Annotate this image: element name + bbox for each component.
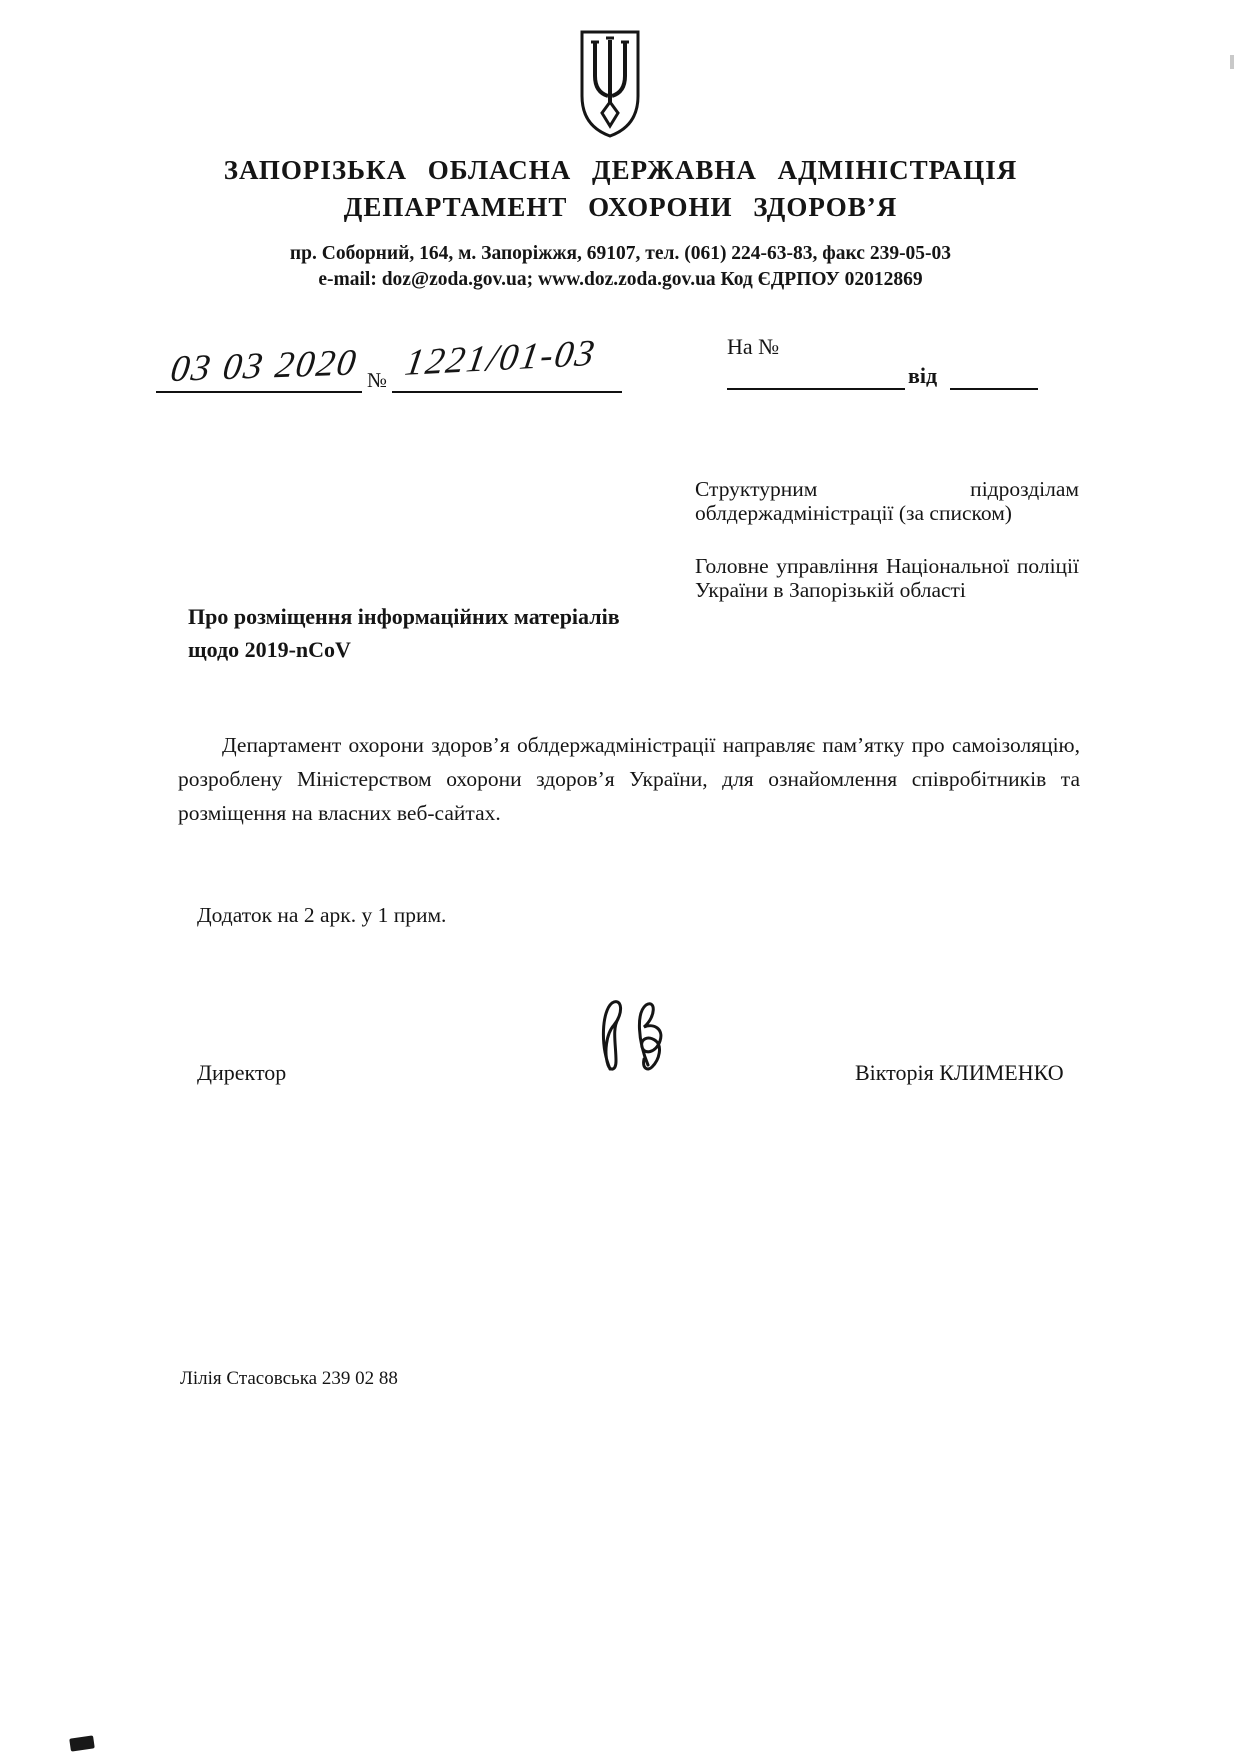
outgoing-date-handwritten: 03 03 2020 (168, 341, 360, 391)
subject-title: Про розміщення інформаційних матеріалів … (188, 600, 630, 666)
address-line: пр. Соборний, 164, м. Запоріжжя, 69107, … (0, 243, 1241, 265)
signer-name: Вікторія КЛИМЕНКО (855, 1060, 1064, 1086)
scan-speck (1230, 55, 1234, 69)
org-name-line1: ЗАПОРІЗЬКА ОБЛАСНА ДЕРЖАВНА АДМІНІСТРАЦІ… (0, 155, 1241, 186)
recipient-national-police: Головне управління Національної поліції … (695, 554, 1079, 602)
signer-title: Директор (197, 1060, 286, 1086)
attachment-note: Додаток на 2 арк. у 1 прим. (197, 903, 446, 928)
org-name-line2: ДЕПАРТАМЕНТ ОХОРОНИ ЗДОРОВ’Я (0, 192, 1241, 223)
ukraine-trident-emblem-icon (578, 28, 642, 140)
number-underline (392, 391, 622, 393)
date-underline (156, 391, 362, 393)
footer-contact: Лілія Стасовська 239 02 88 (180, 1368, 398, 1390)
body-paragraph: Департамент охорони здоров’я облдержадмі… (178, 728, 1080, 830)
outgoing-number-handwritten: 1221/01-03 (402, 332, 599, 385)
incoming-ref-label: На № (727, 334, 779, 360)
document-page: ЗАПОРІЗЬКА ОБЛАСНА ДЕРЖАВНА АДМІНІСТРАЦІ… (0, 0, 1241, 1754)
vid-label: від (908, 363, 937, 389)
recipient-structural-units: Структурним підрозділам облдержадміністр… (695, 477, 1079, 525)
incoming-ref-underline (727, 388, 905, 390)
signature-scribble-icon (592, 995, 688, 1079)
contact-line: e-mail: doz@zoda.gov.ua; www.doz.zoda.go… (0, 269, 1241, 291)
vid-underline (950, 388, 1038, 390)
scan-artifact (69, 1735, 95, 1751)
recipients-block: Структурним підрозділам облдержадміністр… (695, 477, 1079, 631)
number-sign: № (367, 368, 387, 393)
